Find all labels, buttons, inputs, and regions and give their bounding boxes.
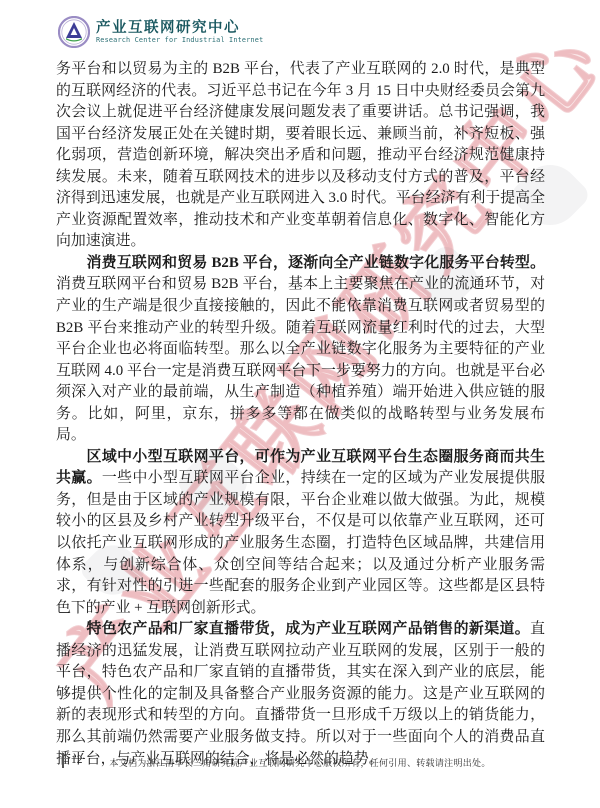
org-title: 产业互联网研究中心 bbox=[96, 20, 263, 36]
logo-text-block: 产业互联网研究中心 Research Center for Industrial… bbox=[96, 20, 263, 45]
org-logo-icon bbox=[58, 16, 90, 48]
paragraph-text: 消费互联网平台和贸易 B2B 平台，基本上主要聚焦在产业的流通环节，对产业的生产… bbox=[56, 276, 545, 443]
paragraph-text: 务平台和以贸易为主的 B2B 平台，代表了产业互联网的 2.0 时代，是典型的互… bbox=[56, 61, 545, 249]
copyright-note: 本文档为浙江清华长三角研究院产业互联网研究中心版权所有，任何引用、转载请注明出处… bbox=[0, 756, 600, 769]
paragraph-bold-lead: 特色农产品和厂家直播带货，成为产业互联网产品销售的新渠道。 bbox=[87, 621, 531, 637]
org-subtitle: Research Center for Industrial Internet bbox=[96, 36, 263, 45]
paragraph: 区域中小型互联网平台，可作为产业互联网平台生态圈服务商而共生共赢。一些中小型互联… bbox=[56, 447, 545, 619]
paragraph-text: 直播经济的迅猛发展，让消费互联网拉动产业互联网的发展，区别于一般的平台，特色农产… bbox=[56, 621, 545, 766]
paragraph: 务平台和以贸易为主的 B2B 平台，代表了产业互联网的 2.0 时代，是典型的互… bbox=[56, 59, 545, 253]
paragraph-bold-lead: 消费互联网和贸易 B2B 平台，逐渐向全产业链数字化服务平台转型。 bbox=[87, 255, 545, 271]
page-header: 产业互联网研究中心 Research Center for Industrial… bbox=[58, 16, 263, 48]
paragraph: 消费互联网和贸易 B2B 平台，逐渐向全产业链数字化服务平台转型。消费互联网平台… bbox=[56, 253, 545, 447]
document-page: 产业互联网研究中心 产业互联网研究中心 Research Center for … bbox=[0, 0, 600, 808]
paragraph-text: 一些中小型互联网平台企业，持续在一定的区域为产业发展提供服务，但是由于区域的产业… bbox=[56, 470, 545, 615]
paragraph: 特色农产品和厂家直播带货，成为产业互联网产品销售的新渠道。直播经济的迅猛发展，让… bbox=[56, 619, 545, 770]
document-body: 务平台和以贸易为主的 B2B 平台，代表了产业互联网的 2.0 时代，是典型的互… bbox=[56, 59, 545, 770]
